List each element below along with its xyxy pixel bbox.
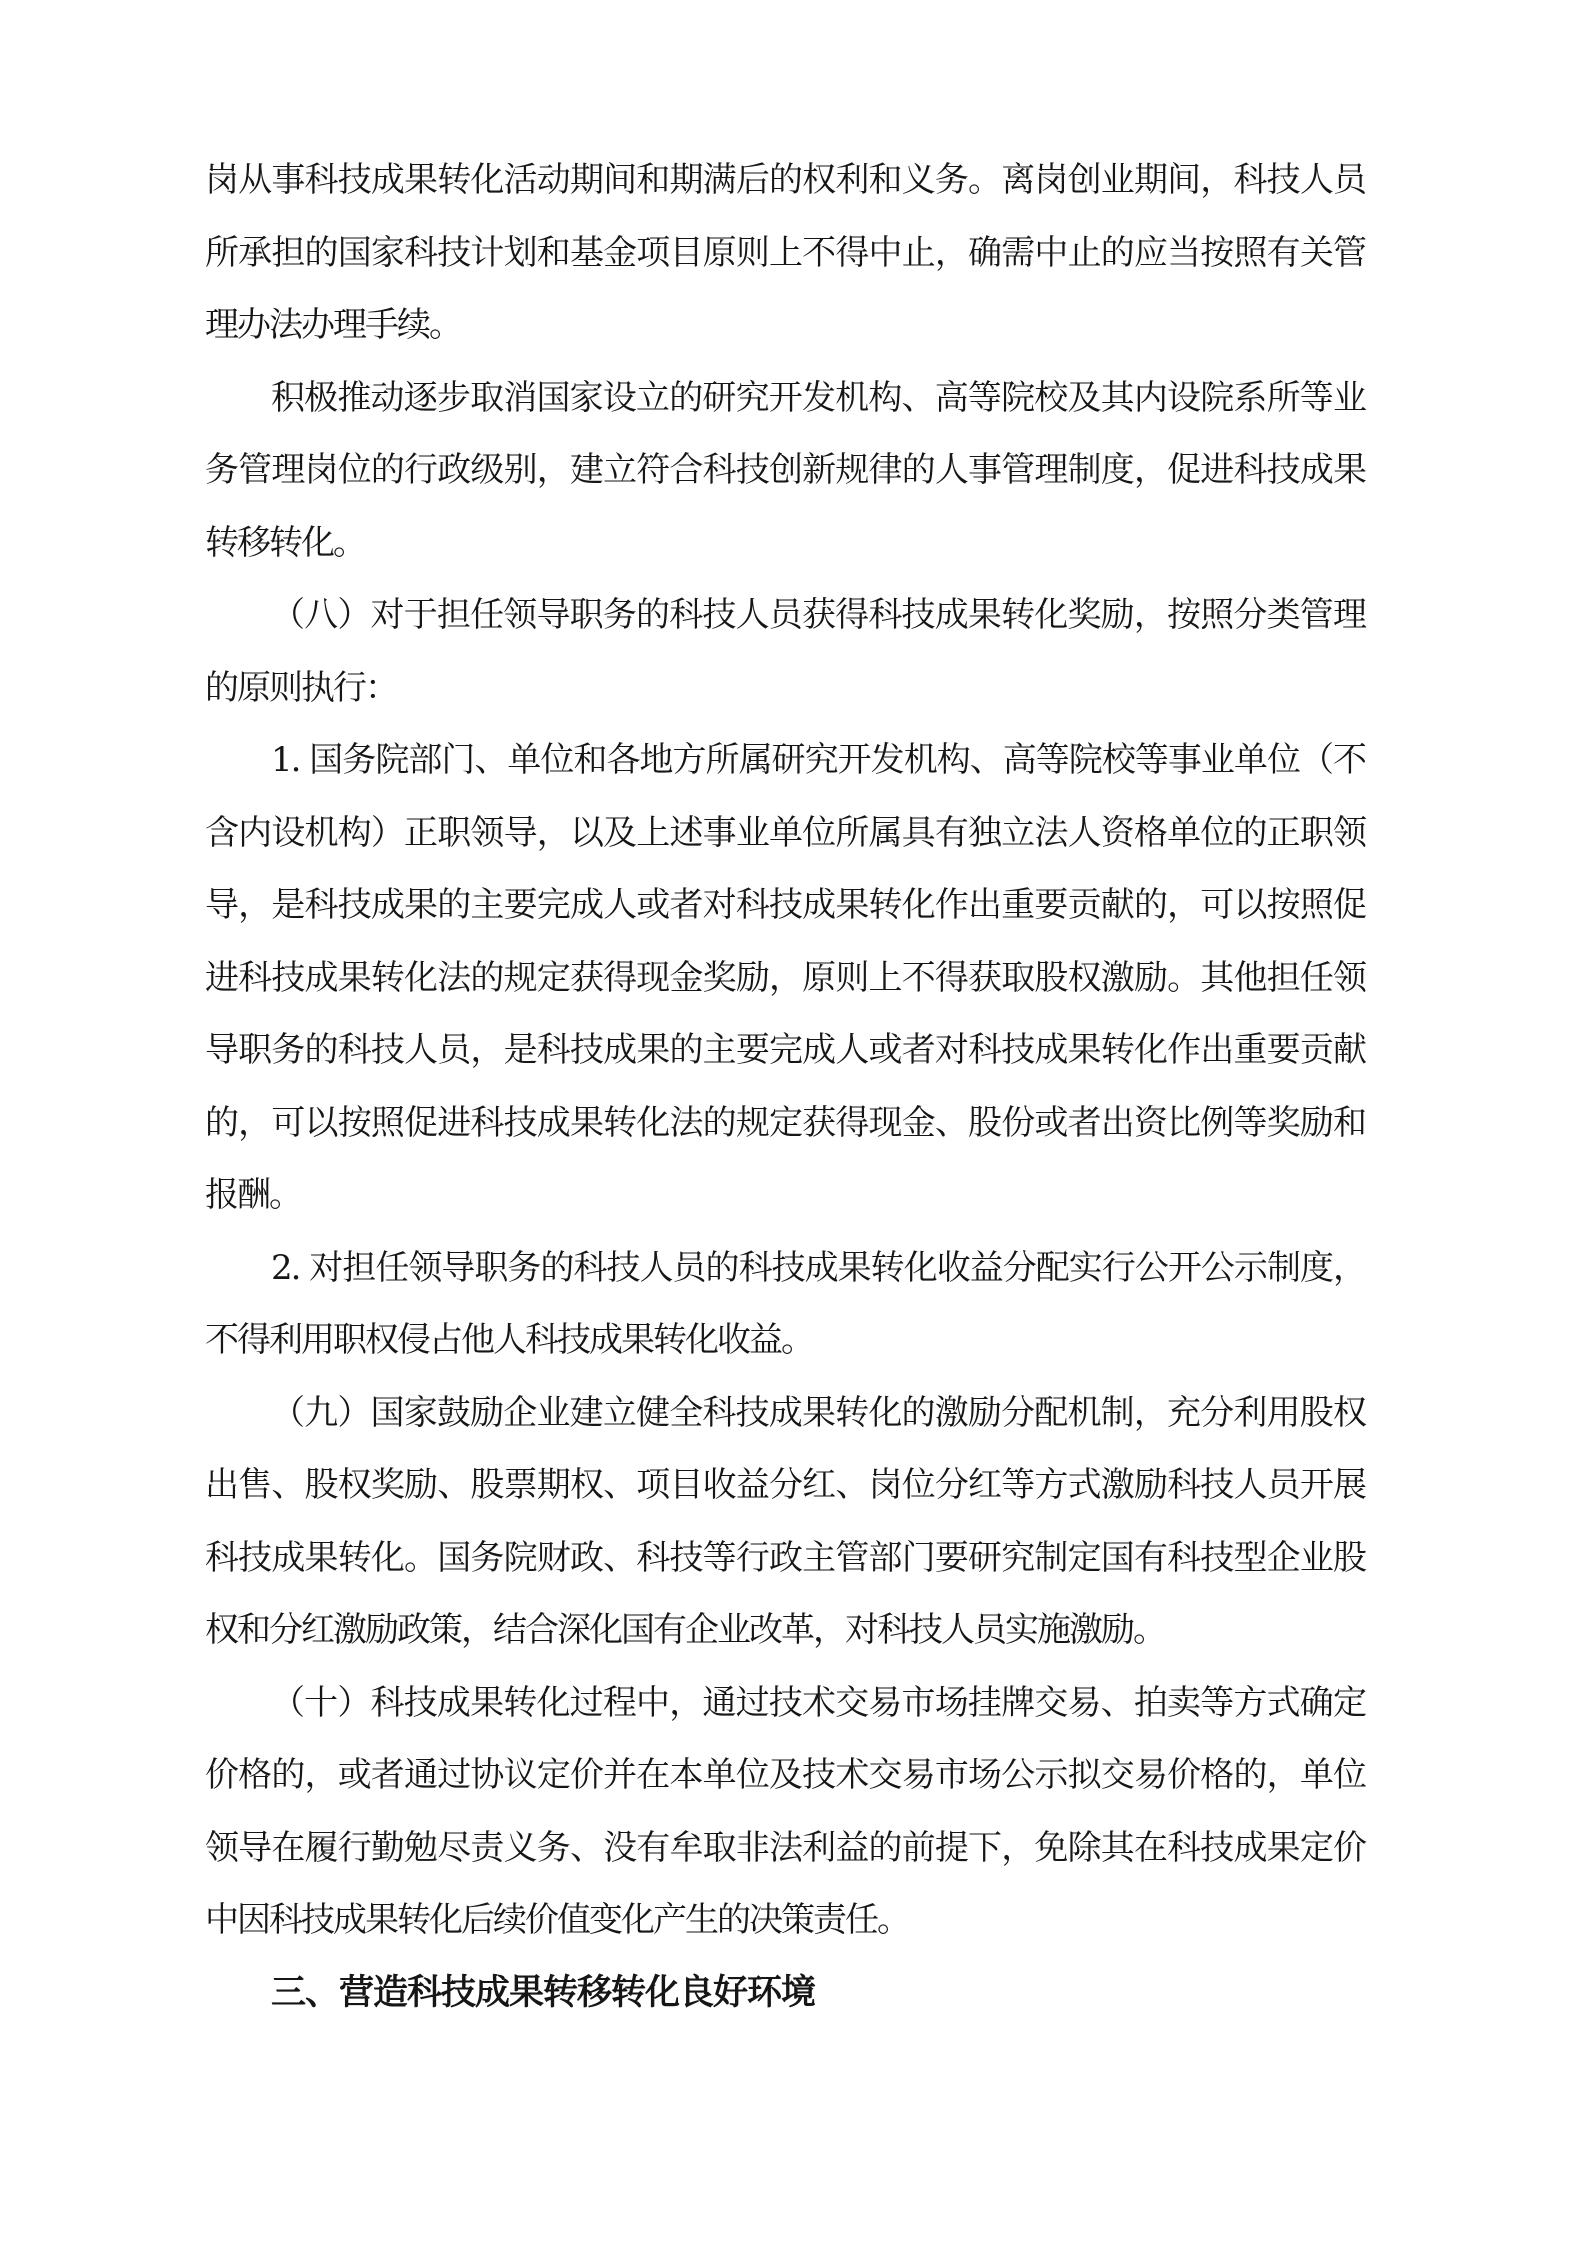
text-line: 价格的，或者通过协议定价并在本单位及技术交易市场公示拟交易价格的，单位 (205, 1739, 1365, 1812)
section-heading: 三、营造科技成果转移转化良好环境 (205, 1957, 1365, 2030)
text-line: 的，可以按照促进科技成果转化法的规定获得现金、股份或者出资比例等奖励和 (205, 1087, 1365, 1160)
document-page: 岗从事科技成果转化活动期间和期满后的权利和义务。离岗创业期间，科技人员所承担的国… (0, 0, 1587, 2245)
text-line: 中因科技成果转化后续价值变化产生的决策责任。 (205, 1884, 1365, 1957)
text-line: 的原则执行： (205, 652, 1365, 725)
text-line: 报酬。 (205, 1159, 1365, 1232)
text-line: 出售、股权奖励、股票期权、项目收益分红、岗位分红等方式激励科技人员开展 (205, 1449, 1365, 1522)
text-line: 1. 国务院部门、单位和各地方所属研究开发机构、高等院校等事业单位（不 (205, 724, 1365, 797)
text-line: 科技成果转化。国务院财政、科技等行政主管部门要研究制定国有科技型企业股 (205, 1522, 1365, 1595)
text-line: 积极推动逐步取消国家设立的研究开发机构、高等院校及其内设院系所等业 (205, 362, 1365, 435)
text-line: 领导在履行勤勉尽责义务、没有牟取非法利益的前提下，免除其在科技成果定价 (205, 1812, 1365, 1885)
text-line: 导，是科技成果的主要完成人或者对科技成果转化作出重要贡献的，可以按照促 (205, 869, 1365, 942)
text-line: （九）国家鼓励企业建立健全科技成果转化的激励分配机制，充分利用股权 (205, 1377, 1365, 1450)
text-line: 权和分红激励政策，结合深化国有企业改革，对科技人员实施激励。 (205, 1594, 1365, 1667)
text-line: 转移转化。 (205, 507, 1365, 580)
text-line: 所承担的国家科技计划和基金项目原则上不得中止，确需中止的应当按照有关管 (205, 217, 1365, 290)
text-line: 2. 对担任领导职务的科技人员的科技成果转化收益分配实行公开公示制度， (205, 1232, 1365, 1305)
text-line: 导职务的科技人员，是科技成果的主要完成人或者对科技成果转化作出重要贡献 (205, 1014, 1365, 1087)
text-line: 岗从事科技成果转化活动期间和期满后的权利和义务。离岗创业期间，科技人员 (205, 144, 1365, 217)
text-line: 务管理岗位的行政级别，建立符合科技创新规律的人事管理制度，促进科技成果 (205, 434, 1365, 507)
text-line: 含内设机构）正职领导，以及上述事业单位所属具有独立法人资格单位的正职领 (205, 797, 1365, 870)
document-body: 岗从事科技成果转化活动期间和期满后的权利和义务。离岗创业期间，科技人员所承担的国… (205, 144, 1365, 2029)
text-line: 理办法办理手续。 (205, 289, 1365, 362)
text-line: （十）科技成果转化过程中，通过技术交易市场挂牌交易、拍卖等方式确定 (205, 1667, 1365, 1740)
text-line: （八）对于担任领导职务的科技人员获得科技成果转化奖励，按照分类管理 (205, 579, 1365, 652)
text-line: 不得利用职权侵占他人科技成果转化收益。 (205, 1304, 1365, 1377)
text-line: 进科技成果转化法的规定获得现金奖励，原则上不得获取股权激励。其他担任领 (205, 942, 1365, 1015)
